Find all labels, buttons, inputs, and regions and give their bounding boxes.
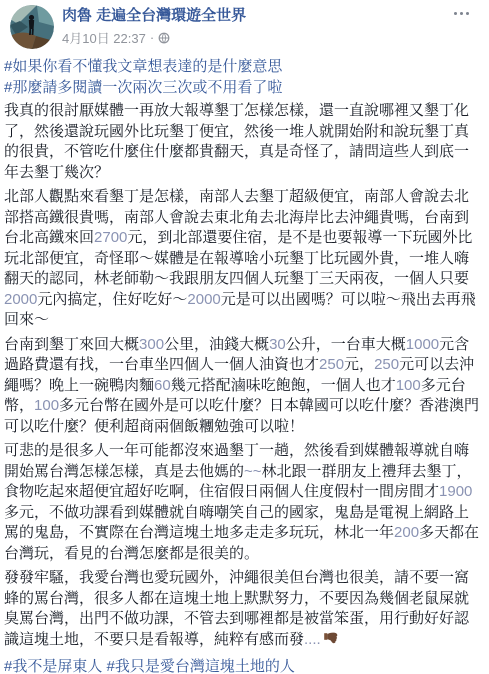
post-body: #如果你看不懂我文章想表達的是什麼意思 #那麼請多閱讀一次兩次三次或不用看了啦 …	[0, 49, 489, 674]
meta-separator: ·	[150, 30, 154, 45]
ellipsis-icon	[466, 12, 469, 15]
hashtag-link[interactable]: #如果你看不懂我文章想表達的是什麼意思	[4, 57, 481, 78]
post-paragraph: 台南到墾丁來回大概300公里，油錢大概30公升，一台車大概1000元含過路費還有…	[4, 335, 481, 438]
hashtag-link[interactable]: #那麼請多閱讀一次兩次三次或不用看了啦	[4, 78, 481, 99]
avatar-photo	[10, 5, 54, 49]
post-options-button[interactable]	[450, 8, 473, 19]
ellipsis-icon	[454, 12, 457, 15]
avatar[interactable]	[10, 5, 54, 49]
post-paragraph: 發發牢騷，我愛台灣也愛玩國外，沖繩很美但台灣也很美，請不要一窩蜂的罵台灣，很多人…	[4, 568, 481, 653]
author-name[interactable]: 肉魯 走遍全台灣環遊全世界	[62, 6, 246, 25]
paragraph-text: 發發牢騷，我愛台灣也愛玩國外，沖繩很美但台灣也很美，請不要一窩蜂的罵台灣，很多人…	[4, 569, 469, 648]
thumbs-down-icon	[323, 631, 339, 654]
post-paragraph: 可悲的是很多人一年可能都沒來過墾丁一趟，然後看到媒體報導就自嗨開始罵台灣怎樣怎樣…	[4, 441, 481, 564]
post-paragraph: 我真的很討厭媒體一再放大報導墾丁怎樣怎樣，還一直說哪裡又墾丁化了，然後還說玩國外…	[4, 101, 481, 183]
hashtags-bottom: #我不是屏東人 #我只是愛台灣這塊土地的人	[4, 657, 481, 674]
facebook-post: 肉魯 走遍全台灣環遊全世界 4月10日 22:37 · #如果你看不懂我文章想表…	[0, 0, 489, 674]
hashtags-top: #如果你看不懂我文章想表達的是什麼意思 #那麼請多閱讀一次兩次三次或不用看了啦	[4, 57, 481, 98]
post-paragraph: 北部人觀點來看墾丁是怎樣，南部人去墾丁超級便宜，南部人會說去北部搭高鐵很貴嗎，南…	[4, 187, 481, 331]
post-header: 肉魯 走遍全台灣環遊全世界 4月10日 22:37 ·	[0, 0, 489, 49]
post-timestamp[interactable]: 4月10日 22:37	[62, 28, 146, 47]
ellipsis-icon	[460, 12, 463, 15]
header-info: 肉魯 走遍全台灣環遊全世界 4月10日 22:37 ·	[62, 5, 246, 47]
hashtag-link[interactable]: #我不是屏東人	[4, 658, 102, 674]
post-meta: 4月10日 22:37 ·	[62, 28, 246, 47]
globe-public-icon	[158, 32, 170, 44]
hashtag-link[interactable]: #我只是愛台灣這塊土地的人	[107, 658, 295, 674]
